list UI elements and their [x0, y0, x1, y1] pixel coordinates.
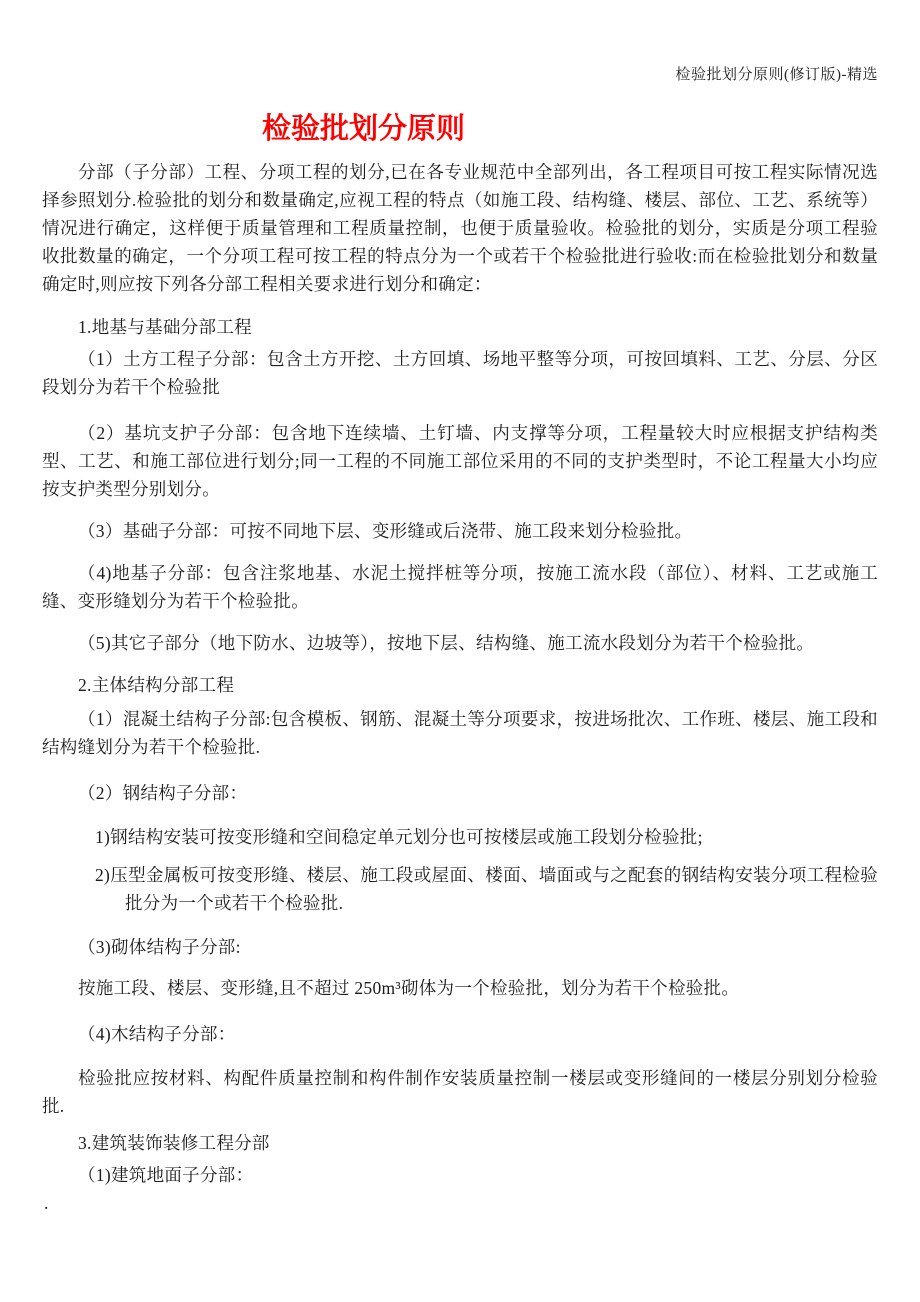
section-1-item-3: （3）基础子分部：可按不同地下层、变形缝或后浇带、施工段来划分检验批。: [42, 517, 878, 545]
section-3-item-1: （1)建筑地面子分部：: [42, 1161, 878, 1189]
section-2-item-2: （2）钢结构子分部：: [42, 779, 878, 807]
section-1-item-1: （1）土方工程子分部：包含土方开挖、土方回填、场地平整等分项，可按回填料、工艺、…: [42, 345, 878, 401]
section-1-heading: 1.地基与基础分部工程: [42, 313, 878, 341]
stray-mark: .: [42, 1189, 878, 1217]
section-2-item-1: （1）混凝土结构子分部:包含模板、钢筋、混凝土等分项要求，按进场批次、工作班、楼…: [42, 705, 878, 761]
section-1-item-5: （5)其它子部分（地下防水、边坡等），按地下层、结构缝、施工流水段划分为若干个检…: [42, 629, 878, 657]
doc-body: 分部（子分部）工程、分项工程的划分,已在各专业规范中全部列出，各工程项目可按工程…: [42, 158, 878, 1217]
doc-header-label: 检验批划分原则(修订版)-精选: [42, 66, 878, 84]
section-2-item-2-sub-2: 2)压型金属板可按变形缝、楼层、施工段或屋面、楼面、墙面或与之配套的钢结构安装分…: [42, 861, 878, 917]
section-2-item-3-note: 按施工段、楼层、变形缝,且不超过 250m³砌体为一个检验批，划分为若干个检验批…: [42, 974, 878, 1002]
section-1-item-4: （4)地基子分部：包含注浆地基、水泥土搅拌桩等分项，按施工流水段（部位）、材料、…: [42, 559, 878, 615]
section-3-heading: 3.建筑装饰装修工程分部: [42, 1129, 878, 1157]
section-1-item-2: （2）基坑支护子分部：包含地下连续墙、土钉墙、内支撑等分项，工程量较大时应根据支…: [42, 419, 878, 503]
doc-title: 检验批划分原则: [42, 110, 878, 146]
section-2-item-3: （3)砌体结构子分部:: [42, 933, 878, 961]
document-page: 检验批划分原则(修订版)-精选 检验批划分原则 分部（子分部）工程、分项工程的划…: [0, 0, 920, 1302]
section-2-item-4: （4)木结构子分部：: [42, 1020, 878, 1048]
intro-paragraph: 分部（子分部）工程、分项工程的划分,已在各专业规范中全部列出，各工程项目可按工程…: [42, 158, 878, 298]
section-2-item-2-sub-1: 1)钢结构安装可按变形缝和空间稳定单元划分也可按楼层或施工段划分检验批;: [42, 823, 878, 851]
section-2-heading: 2.主体结构分部工程: [42, 671, 878, 699]
section-2-item-4-note: 检验批应按材料、构配件质量控制和构件制作安装质量控制一楼层或变形缝间的一楼层分别…: [42, 1064, 878, 1120]
